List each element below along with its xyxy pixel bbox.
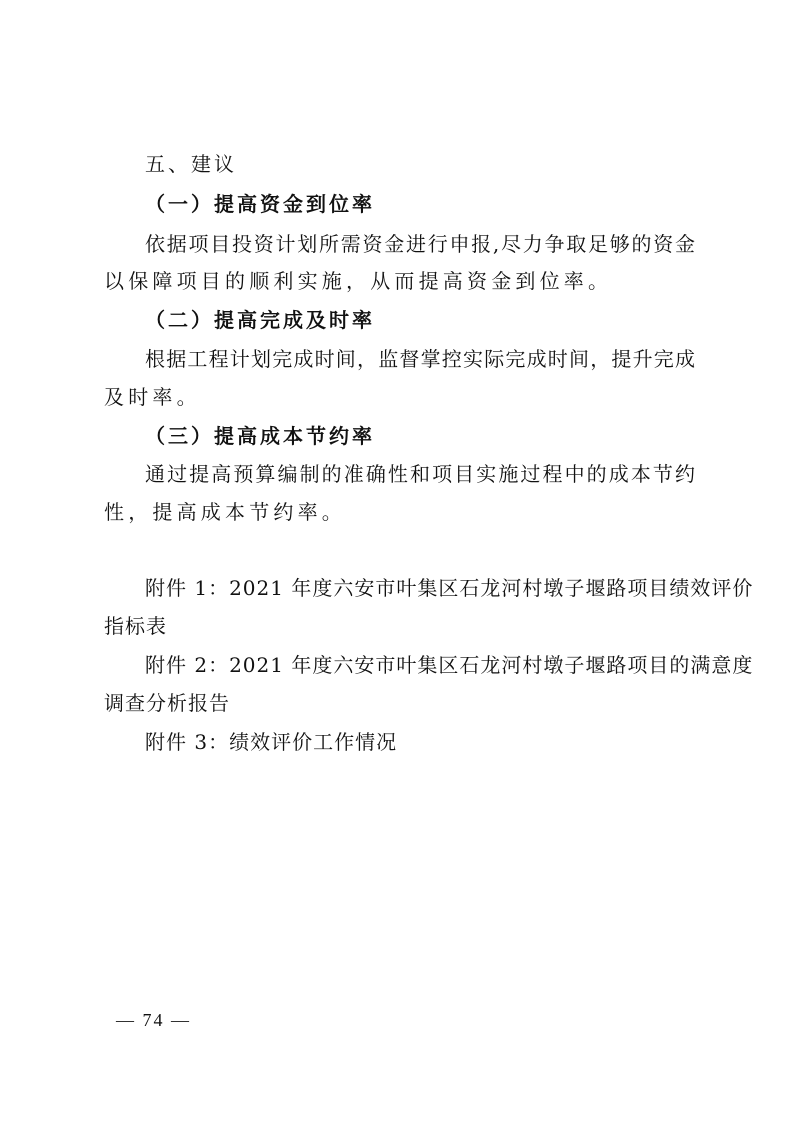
subsection-heading-3: （三）提高成本节约率 [145,422,735,450]
paragraph-2-line-2: 及时率。 [104,383,694,411]
page-number: — 74 — [116,1010,191,1031]
attachment-2-line-1: 附件 2：2021 年度六安市叶集区石龙河村墩子堰路项目的满意度 [145,651,695,679]
attachment-1-line-2: 指标表 [104,612,694,640]
paragraph-1-line-1: 依据项目投资计划所需资金进行申报,尽力争取足够的资金 [145,230,695,258]
section-title: 五、建议 [145,150,735,178]
paragraph-3-line-1: 通过提高预算编制的准确性和项目实施过程中的成本节约 [145,460,695,488]
attachment-3: 附件 3：绩效评价工作情况 [145,728,735,756]
attachment-1-line-1: 附件 1：2021 年度六安市叶集区石龙河村墩子堰路项目绩效评价 [145,574,695,602]
document-page: 五、建议 （一）提高资金到位率 依据项目投资计划所需资金进行申报,尽力争取足够的… [0,0,793,1122]
paragraph-1-line-2: 以保障项目的顺利实施，从而提高资金到位率。 [104,267,694,295]
attachment-2-line-2: 调查分析报告 [104,689,694,717]
subsection-heading-1: （一）提高资金到位率 [145,190,735,218]
paragraph-2-line-1: 根据工程计划完成时间，监督掌控实际完成时间，提升完成 [145,345,695,373]
paragraph-3-line-2: 性，提高成本节约率。 [104,498,694,526]
subsection-heading-2: （二）提高完成及时率 [145,306,735,334]
